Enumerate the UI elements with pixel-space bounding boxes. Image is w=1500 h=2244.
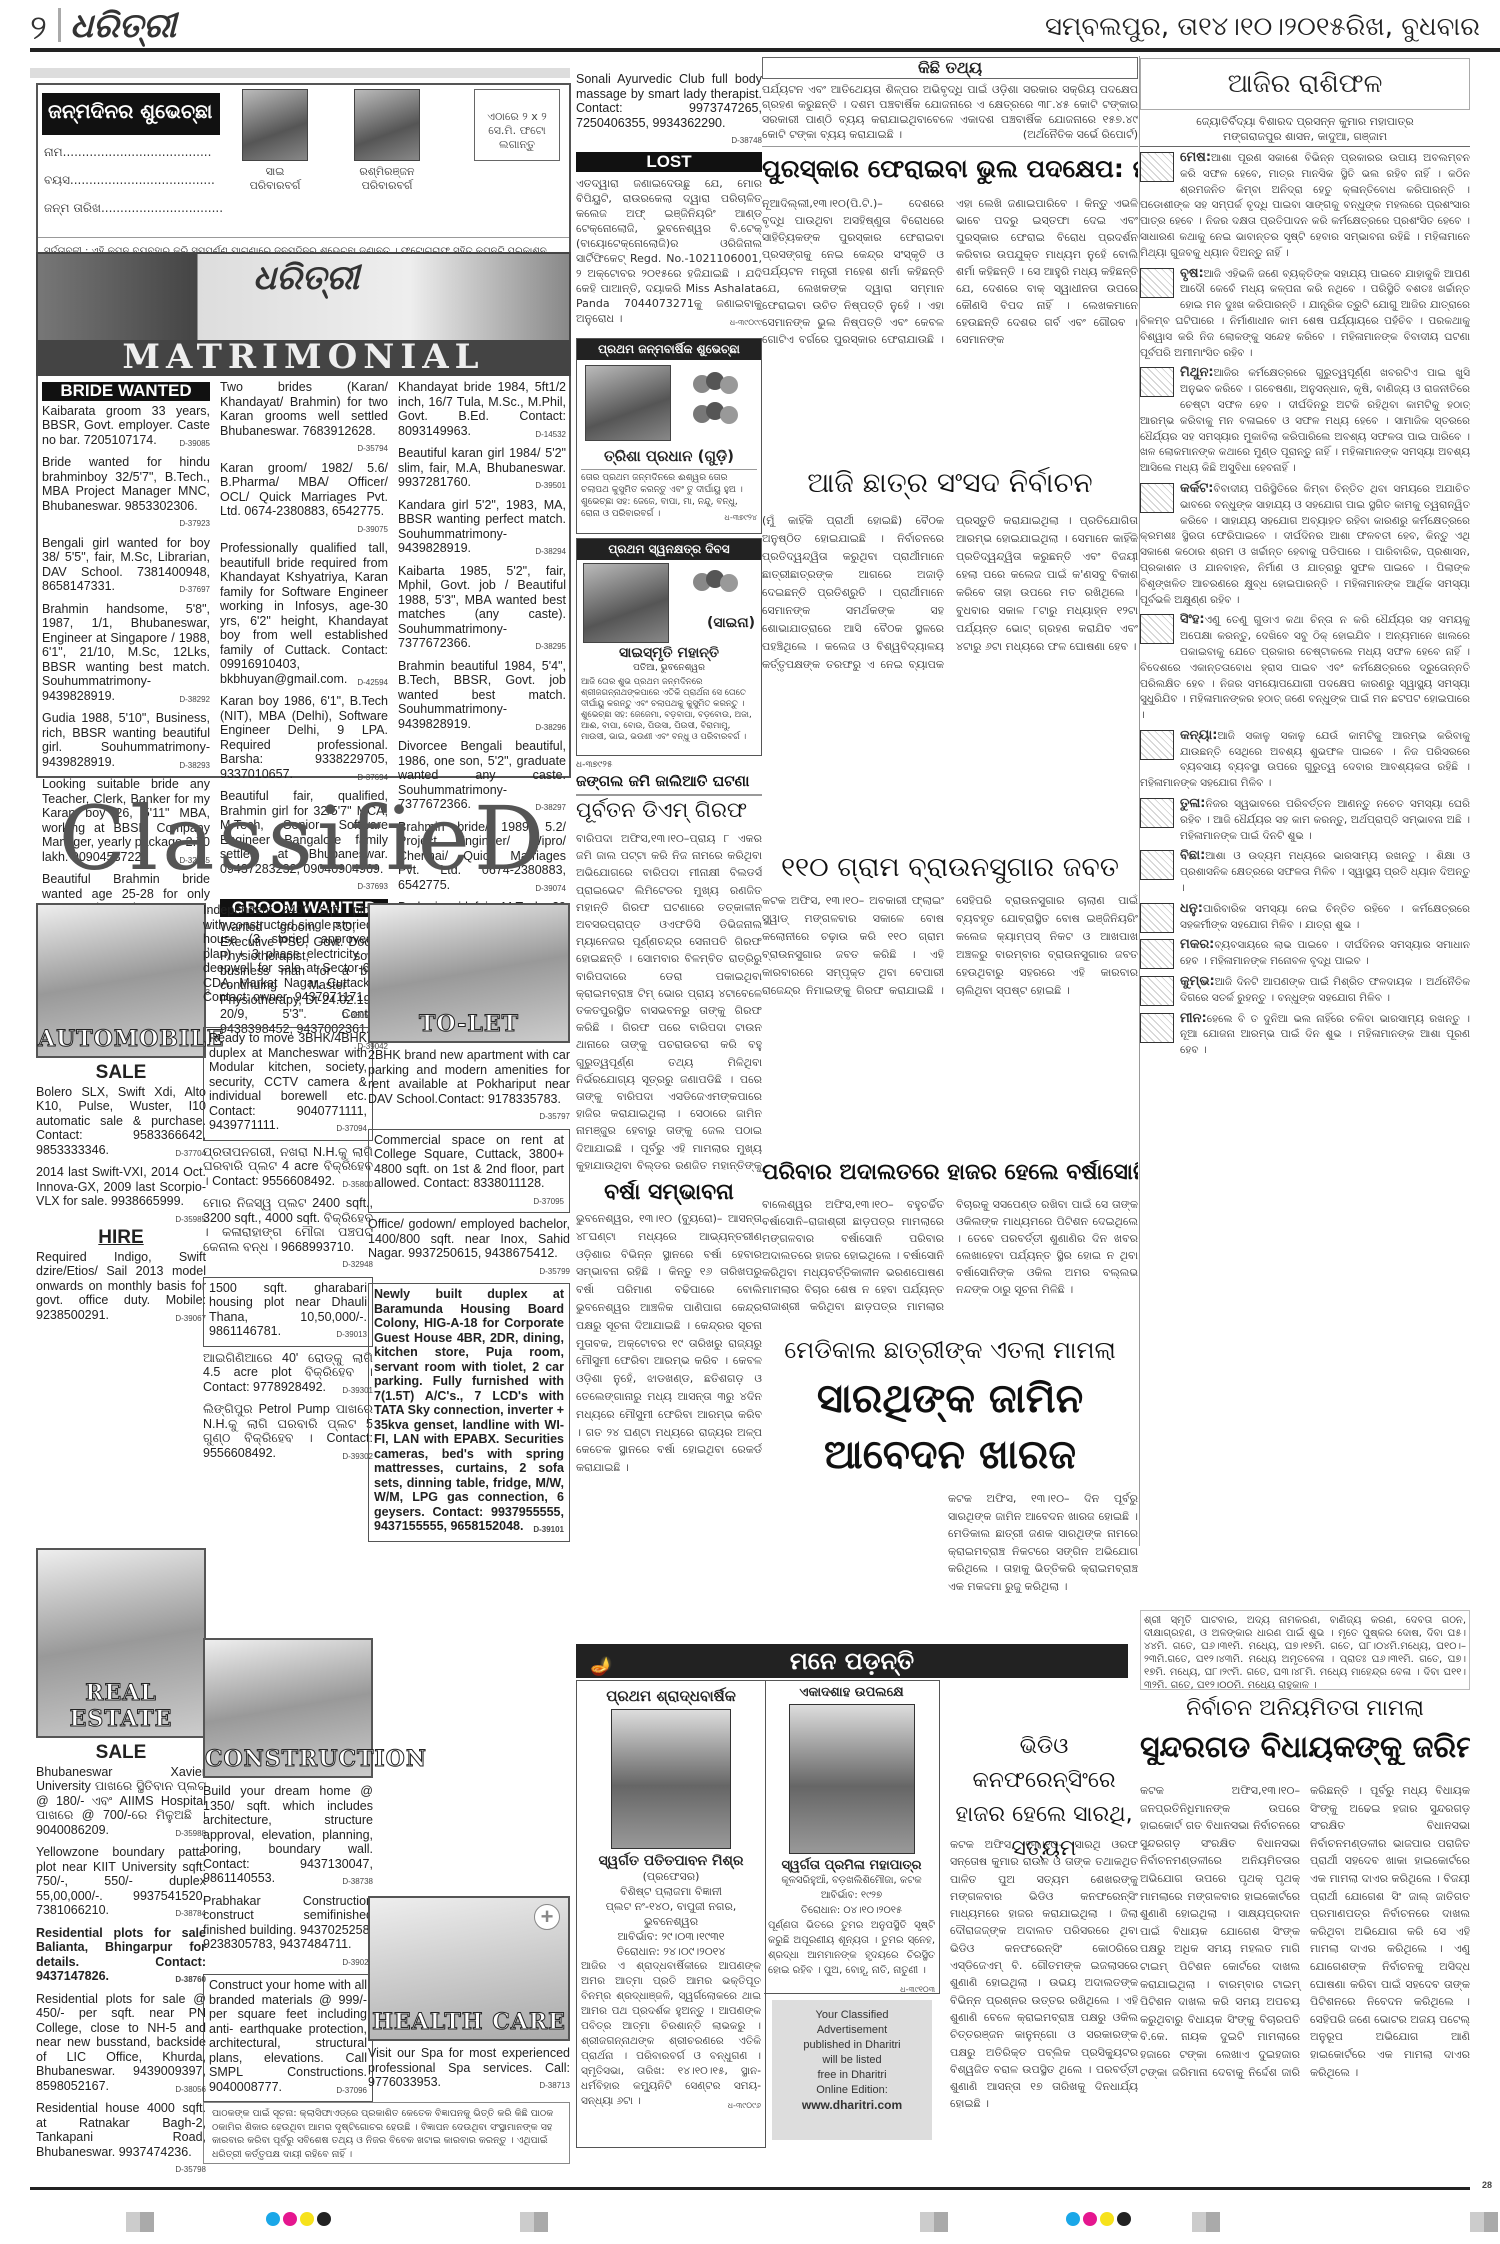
horoscope-entry: ସିଂହ:ଏଣୁ ତେଣୁ ଗୁଡାଏ କଥା ଚିନ୍ତା ନ କରି ଧୈର… xyxy=(1140,612,1470,724)
health-care-image: + HEALTH CARE xyxy=(368,1896,570,2041)
horoscope-entry: କର୍କଟ:ବିବାଦୀୟ ପରିସ୍ଥିତିରେ କିମ୍ବା ଚିନ୍ତିତ… xyxy=(1140,481,1470,608)
story4-headline: ପରିବାର ଅଦାଲତରେ ହାଜର ହେଲେ ବର୍ଷାସୋନି xyxy=(762,1160,1138,1185)
ad-code: D-37095 xyxy=(533,1195,564,1210)
libra-icon xyxy=(1140,798,1174,828)
ad-code: ଧ-୩୭୯୨୫ xyxy=(576,758,613,773)
sign-name: ତୁଳା: xyxy=(1180,796,1206,811)
janmotsav-heading: ପ୍ରଥମ ସ୍ୱନକ୍ଷତ୍ର ଦିବସ xyxy=(577,539,761,560)
sign-name: ବୃଷ: xyxy=(1180,266,1204,281)
ad-code: D-38293 xyxy=(179,759,210,774)
janmotsav-ad: ପ୍ରଥମ ସ୍ୱନକ୍ଷତ୍ର ଦିବସ (ସାଇନା) ସାଇସ୍ମୃତି … xyxy=(576,538,762,756)
automobile-ads: SALE Bolero SLX, Swift Xdi, Alto K10, Pu… xyxy=(36,1062,206,1330)
ad-text: Ready to move 3BHK/4BHK duplex at Manche… xyxy=(209,1031,367,1132)
classified-ad: Newly built duplex at Baramunda Housing … xyxy=(368,1283,570,1542)
dm-story-kicker: ଜଙ୍ଗଲ ଜମି ଜାଲିଆତି ଘଟଣା xyxy=(576,772,762,796)
promo-line: Online Edition: xyxy=(772,2083,932,2098)
astrologer-address: ମଙ୍ଗରାଜପୁର ଶାସନ, କାଦୁଆ, ଗଞ୍ଜାମ xyxy=(1140,129,1470,144)
ad-text: Karan boy 1986, 6'1", B.Tech (NIT), MBA … xyxy=(220,694,388,781)
horoscope-entry: ମେଷ:ଆଶା ପୂରଣ ସକାଶେ ବିଭିନ୍ନ ପ୍ରକାରର ଉପାୟ … xyxy=(1140,150,1470,262)
construction-image: CONSTRUCTION xyxy=(203,1638,373,1778)
page-number: ୨ xyxy=(30,8,47,48)
child-name: ସାଇସ୍ମୃତି ମହାନ୍ତି xyxy=(577,645,761,661)
sign-prediction: ଆଶା ଓ ଉଦ୍ୟମ ମଧ୍ୟରେ ଭାରସାମ୍ୟ ରଖନ୍ତୁ । ଶିକ… xyxy=(1180,850,1470,894)
health-care-label: HEALTH CARE xyxy=(370,2009,568,2035)
dob-field[interactable]: ଜନ୍ମ ତାରିଖ..............................… xyxy=(44,201,223,216)
sign-prediction: ଆଜି ଏହିଭଳି ଜଣେ ବ୍ୟକ୍ତିଙ୍କ ସହାଯ୍ୟ ପାଇବେ ଯ… xyxy=(1140,268,1470,359)
ad-text: Independent 2400 sqft. plot with constru… xyxy=(203,903,373,1004)
header-rule xyxy=(30,48,1500,52)
spa-ad: Sonali Ayurvedic Club full body massage … xyxy=(576,72,762,149)
sagittarius-icon xyxy=(1140,903,1174,933)
tribute-text: ଆଜିର ଏ ଶ୍ରାଦ୍ଧବାର୍ଷିକୀରେ ଆପଣଙ୍କ ଅମର ଆତ୍ମ… xyxy=(581,1960,761,2107)
matrimonial-title: MATRIMONIAL xyxy=(38,340,569,374)
obit-detail-line: ଆବିର୍ଭାବ: ୨୯।୦୩।୧୯୩୧ xyxy=(577,1929,765,1944)
ad-code: D-38292 xyxy=(179,693,210,708)
registration-dot xyxy=(266,2212,280,2226)
classified-title: ClassifieD xyxy=(36,785,571,893)
ad-code: D-39501 xyxy=(535,479,566,494)
classified-ad: Brahmin handsome, 5'8", 1987, 1/1, Bhuba… xyxy=(42,602,210,708)
real-estate-label: REAL ESTATE xyxy=(38,1680,204,1732)
ad-code: ଧ-୩୯୧୦୩ xyxy=(900,1982,935,1997)
divider xyxy=(1140,146,1470,147)
construction-ads: Build your dream home @ 1350/ sqft. whic… xyxy=(203,1784,373,2106)
registration-mark xyxy=(520,2212,548,2232)
lost-heading: LOST xyxy=(576,152,762,172)
obit-name: ସ୍ୱର୍ଗତା ପ୍ରମିଳା ମହାପାତ୍ର xyxy=(764,1858,939,1873)
gemini-icon xyxy=(1140,367,1174,397)
sign-name: ବିଛା: xyxy=(1180,848,1205,863)
obit-text: ଆଜିର ଏ ଶ୍ରାଦ୍ଧବାର୍ଷିକୀରେ ଆପଣଙ୍କ ଅମର ଆତ୍ମ… xyxy=(577,1959,765,2109)
plus-icon: + xyxy=(534,1904,560,1930)
sign-name: ମିଥୁନ: xyxy=(1180,365,1214,380)
ad-code: D-35985 xyxy=(175,1213,206,1228)
story5-headline-1: ସାରଥିଙ୍କ ଜାମିନ xyxy=(762,1376,1138,1422)
to-let-image: TO-LET xyxy=(368,903,570,1043)
obit-detail-line: ତିରୋଧାନ: ୦୪।୧୦।୨୦୧୫ xyxy=(764,1903,939,1918)
first-birthday-ad: ପ୍ରଥମ ଜନ୍ମବାର୍ଷିକ ଶୁଭେଚ୍ଛା ତ୍ରିଶା ପ୍ରଧାନ… xyxy=(576,338,762,534)
spa-ad-text: Sonali Ayurvedic Club full body massage … xyxy=(576,72,762,130)
ad-text: 2BHK brand new apartment with car parkin… xyxy=(368,1048,570,1106)
obit-name: ସ୍ୱର୍ଗତ ପତିତପାବନ ମିଶ୍ର xyxy=(577,1853,765,1869)
classified-ad: Residential plots for sale @ 450/- per s… xyxy=(36,1992,206,2098)
child-nickname: (ସାଇନା) xyxy=(707,615,755,631)
panjika-box: ଶ୍ରୀ ସ୍ମୃତି ଘାଟବାର, ଅଦ୍ୟ ନାମକରଣ, ବାଣିଜ୍ୟ… xyxy=(1140,1610,1470,1690)
classified-ad: Bhubaneswar Xavier University ପାଖରେ ସ୍ଥି… xyxy=(36,1765,206,1842)
story7-headline: ସୁନ୍ଦରଗଡ ବିଧାୟକଙ୍କୁ ଜରିମାନା xyxy=(1140,1730,1470,1765)
sign-prediction: ନିଜର ସ୍ୱଭାବରେ ପରିବର୍ତ୍ତନ ଆଣନ୍ତୁ ନଚେତ ସମସ… xyxy=(1180,798,1470,842)
ad-code: D-39085 xyxy=(179,437,210,452)
auto-hire-heading: HIRE xyxy=(36,1231,206,1246)
to-let-label: TO-LET xyxy=(370,1011,568,1037)
sign-prediction: ଏଣୁ ତେଣୁ ଗୁଡାଏ କଥା ଚିନ୍ତା ନ କରି ଧୈର୍ଯ୍ୟର… xyxy=(1140,614,1470,721)
ad-text: Karan groom/ 1982/ 5.6/ B.Pharma/ MBA/ O… xyxy=(220,461,388,519)
promo-line: will be listed xyxy=(772,2053,932,2068)
classified-ad: Gudia 1988, 5'10", Business, rich, BBSR … xyxy=(42,711,210,773)
story1-headline: ପୁରସ୍କାର ଫେରାଇବା ଭୁଲ ପଦକ୍ଷେପ: ମହେଶ ଶର୍ମା xyxy=(762,154,1138,184)
ad-code: D-39075 xyxy=(357,523,388,538)
registration-dot xyxy=(1100,2212,1114,2226)
ad-code: ଧ-୩୯୦୯୬ xyxy=(728,2098,761,2113)
astrologer-name: ଜ୍ୟୋତିର୍ବିଦ୍ୟା ବିଶାରଦ ପ୍ରସନ୍ନ କୁମାର ମହାପ… xyxy=(1140,114,1470,129)
sign-prediction: ଆଶା ପୂରଣ ସକାଶେ ବିଭିନ୍ନ ପ୍ରକାରର ଉପାୟ ଅବଲମ… xyxy=(1140,152,1470,259)
story2-body: (ମୁଁ କାହିଁକି ପ୍ରାର୍ଥୀ ହୋଇଛି) ବୈଠକ ଅନୁଷ୍ଠ… xyxy=(762,512,1138,842)
sign-name: ମେଷ: xyxy=(1180,150,1211,165)
ad-code: D-37704 xyxy=(175,1147,206,1162)
ad-text: Build your dream home @ 1350/ sqft. whic… xyxy=(203,1784,373,1885)
sign-prediction: ବିବାଦୀୟ ପରିସ୍ଥିତିରେ କିମ୍ବା ଚିନ୍ତିତ ଥିବା … xyxy=(1140,483,1470,606)
adult-photo xyxy=(354,89,420,161)
banner-logo: ଧରିତ୍ରୀ xyxy=(253,258,359,298)
coupon-title: ଜନ୍ମଦିନର ଶୁଭେଚ୍ଛା xyxy=(42,93,220,135)
obit-details: (ପ୍ରଫେସର)ବିଶିଷ୍ଟ ପ୍ଲାଜମା ବିଜ୍ଞାନୀପ୍ଲଟ ନଂ… xyxy=(577,1869,765,1959)
story5-headline-2: ଆବେଦନ ଖାରଜ xyxy=(762,1432,1138,1478)
aquarius-icon xyxy=(1140,976,1174,1006)
automobile-image: AUTOMOBILE xyxy=(36,903,206,1058)
promo-line: free in Dharitri xyxy=(772,2068,932,2083)
horoscope-entry: ବିଛା:ଆଶା ଓ ଉଦ୍ୟମ ମଧ୍ୟରେ ଭାରସାମ୍ୟ ରଖନ୍ତୁ … xyxy=(1140,848,1470,896)
ad-text: Residential house 4000 sqft. at Ratnakar… xyxy=(36,2101,206,2159)
child-name: ତ୍ରିଶା ପ୍ରଧାନ (ଗୁଡ଼ି) xyxy=(577,447,761,465)
classified-ad: 2014 last Swift-VXI, 2014 Oct. Innova-GX… xyxy=(36,1165,206,1227)
balloons-icon xyxy=(687,369,747,439)
ad-code: D-35797 xyxy=(539,1110,570,1125)
lamp-icon: 🪔 xyxy=(590,1650,612,1684)
grey-strip xyxy=(30,68,570,78)
horoscope-entry: ମିଥୁନ:ଆଜିର କର୍ମକ୍ଷେତ୍ରରେ ଗୁରୁତ୍ୱପୂର୍ଣ୍ଣ … xyxy=(1140,365,1470,477)
obit-detail-line: ଆବିର୍ଭାବ: ୧୯୨୭ xyxy=(764,1888,939,1903)
astrologer-info: ଜ୍ୟୋତିର୍ବିଦ୍ୟା ବିଶାରଦ ପ୍ରସନ୍ନ କୁମାର ମହାପ… xyxy=(1140,114,1470,144)
ad-code: D-37094 xyxy=(336,1122,367,1137)
registration-dot xyxy=(300,2212,314,2226)
ad-text: Kaibarta 1985, 5'2", fair, Mphil, Govt. … xyxy=(398,564,566,651)
classified-ad: ଲିଙ୍ଗିପୁର Petrol Pump ପାଖରେ N.H.କୁ ଲାଗି … xyxy=(203,1402,373,1464)
classified-ad: Karan groom/ 1982/ 5.6/ B.Pharma/ MBA/ O… xyxy=(220,461,388,538)
sign-name: ମକର: xyxy=(1180,937,1214,952)
obit-title: ପ୍ରଥମ ଶ୍ରାଦ୍ଧବାର୍ଷିକ xyxy=(577,1687,765,1705)
sign-prediction: ବ୍ୟବସାୟରେ ଲାଭ ପାଇବେ । ଦୀର୍ଘଦିନର ସମସ୍ୟାର … xyxy=(1180,939,1470,967)
sign-prediction: ଆଜିର କର୍ମକ୍ଷେତ୍ରରେ ଗୁରୁତ୍ୱପୂର୍ଣ୍ଣ ଖବରଟିଏ… xyxy=(1140,367,1470,474)
classified-ad: Independent 2400 sqft. plot with constru… xyxy=(203,903,373,1023)
ad-code: D-37096 xyxy=(336,2084,367,2099)
classified-ad: Visit our Spa for most experienced profe… xyxy=(368,2046,570,2094)
story6-body: କଟକ ଅଫିସ, ୧୩।୧୦– ସାରଥି ଓରଫ ସନ୍ତୋଷ କୁମାର … xyxy=(950,1836,1138,2176)
registration-mark xyxy=(920,2212,948,2232)
dm-story-headline: ପୂର୍ବତନ ଡିଏମ୍ ଗିରଫ xyxy=(576,798,762,823)
ad-text: Residential plots for sale @ 450/- per s… xyxy=(36,1992,206,2093)
sign-name: ମୀନ: xyxy=(1180,1011,1207,1026)
classified-ad: ମୋର ନିଜସ୍ୱ ପ୍ଲଟ 2400 sqft., 3200 sqft., … xyxy=(203,1196,373,1273)
classified-ad: 2BHK brand new apartment with car parkin… xyxy=(368,1048,570,1125)
color-registration-marks xyxy=(266,2212,331,2226)
leo-icon xyxy=(1140,614,1174,644)
obit-detail-line: କୂଳସରିହୁଆଁ, ବଡ଼ଖଲିଶିମୌଜା, କଟକ xyxy=(764,1873,939,1888)
classified-ad: Bengali girl wanted for boy 38/ 5'5", fa… xyxy=(42,536,210,598)
classified-ad: Yellowzone boundary patta plot near KIIT… xyxy=(36,1845,206,1922)
classified-ad: Kaibarta 1985, 5'2", fair, Mphil, Govt. … xyxy=(398,564,566,655)
child-photo xyxy=(583,563,669,643)
rain-story-headline: ବର୍ଷା ସମ୍ଭାବନା xyxy=(576,1180,762,1205)
obit-text: ପୂର୍ଣ୍ଣତା ଭିତରେ ତୁମର ଅନୁପସ୍ଥିତି ସୃଷ୍ଟି କ… xyxy=(764,1918,939,1978)
classified-ad: Ready to move 3BHK/4BHK duplex at Manche… xyxy=(203,1027,373,1141)
child-place: ପତିଆ, ଭୁବନେଶ୍ୱର xyxy=(577,663,761,673)
story3-headline: ୧୧୦ ଗ୍ରାମ ବ୍ରାଉନସୁଗାର ଜବତ xyxy=(762,852,1138,884)
lost-text: ଏତଦ୍ୱାରା ଜଣାଇଦେଉଛୁ ଯେ, ମୋର ବିପିୟୁଟି, ରାଉ… xyxy=(576,177,762,325)
to-let-ads: 2BHK brand new apartment with car parkin… xyxy=(368,1048,570,1546)
obit-detail-line: ତିରୋଧାନ: ୨୪।୦୯।୨୦୧୪ xyxy=(577,1944,765,1959)
ad-code: D-38713 xyxy=(539,2079,570,2094)
registration-mark xyxy=(1470,2212,1498,2232)
classified-ad: Khandayat bride 1984, 5ft1/2 inch, 16/7 … xyxy=(398,380,566,442)
registration-dot xyxy=(317,2212,331,2226)
registration-mark xyxy=(126,2212,154,2232)
pisces-icon xyxy=(1140,1013,1174,1043)
dateline: ସମ୍ବଲପୁର, ତା୧୪।୧୦।୨୦୧୫ରିଖ, ବୁଧବାର xyxy=(1045,12,1480,43)
first-birthday-text: ତୋର ପ୍ରଥମ ଜନ୍ମଦିନରେ ଈଶ୍ୱର ତୋର ଚଲାପଥ କୁସୁ… xyxy=(581,469,757,524)
ad-code: D-37697 xyxy=(179,583,210,598)
header-divider xyxy=(58,8,61,42)
ad-code: ଧ-୩୭୯୨୪ xyxy=(724,512,757,524)
sign-prediction: ପାରିବାରିକ ସମସ୍ୟା ନେଇ ଚିନ୍ତିତ ରହିବେ । କର୍… xyxy=(1180,903,1470,931)
obit-detail-line: ବିଶିଷ୍ଟ ପ୍ଲାଜମା ବିଜ୍ଞାନୀ xyxy=(577,1884,765,1899)
ad-text: Construct your home with all branded mat… xyxy=(209,1978,367,2094)
ad-text: Bride wanted for hindu brahminboy 32/5'7… xyxy=(42,455,210,513)
tribute-text: ପୂର୍ଣ୍ଣତା ଭିତରେ ତୁମର ଅନୁପସ୍ଥିତି ସୃଷ୍ଟି କ… xyxy=(768,1920,935,1976)
promo-line: published in Dharitri xyxy=(772,2038,932,2053)
ad-code: D-37694 xyxy=(357,771,388,786)
classified-ad: 1500 sqft. gharabari housing plot near D… xyxy=(203,1277,373,1347)
wish-text: ତୋର ପ୍ରଥମ ଜନ୍ମଦିନରେ ଈଶ୍ୱର ତୋର ଚଲାପଥ କୁସୁ… xyxy=(581,473,743,519)
classified-banner: ClassifieD xyxy=(36,785,571,893)
matrimonial-banner: ଧରିତ୍ରୀ MATRIMONIAL xyxy=(36,252,571,376)
ad-code: D-38784 xyxy=(175,1907,206,1922)
classified-ad: ଆଇଗିଣିଆରେ 40' ରୋଡ୍‌କୁ ଲାଗି 4.5 acre plot… xyxy=(203,1351,373,1399)
horoscope-entry: ମୀନ:ହେଲେ ବି ତ ଦୁନିଆ ଭଲ ନାହିଁରେ ଚଳିବା ଭାର… xyxy=(1140,1011,1470,1059)
promo-line: Advertisement xyxy=(772,2023,932,2038)
classified-ad: Commercial space on rent at College Squa… xyxy=(368,1129,570,1214)
photo-caption-2: ରଶ୍ମିରଞ୍ଜନ ପରିବାରବର୍ଗ xyxy=(344,165,430,193)
horoscope-entry: ବୃଷ:ଆଜି ଏହିଭଳି ଜଣେ ବ୍ୟକ୍ତିଙ୍କ ସହାଯ୍ୟ ପାଇ… xyxy=(1140,266,1470,362)
scorpio-icon xyxy=(1140,850,1174,880)
virgo-icon xyxy=(1140,730,1174,760)
ad-code: D-35799 xyxy=(539,1265,570,1280)
balloons-icon xyxy=(687,567,747,612)
sign-prediction: ଆଜି ଦିନଟି ଆପଣଙ୍କ ପାଇଁ ମିଶ୍ରିତ ଫଳଦାୟକ । ଅ… xyxy=(1180,976,1470,1004)
sign-prediction: ହେଲେ ବି ତ ଦୁନିଆ ଭଲ ନାହିଁରେ ଚଳିବା ଭାରସାମ୍… xyxy=(1180,1013,1470,1057)
classified-ad: Build your dream home @ 1350/ sqft. whic… xyxy=(203,1784,373,1890)
sign-name: ଧନୁ: xyxy=(1180,901,1203,916)
ad-text: Two brides (Karan/ Khandayat/ Brahmin) f… xyxy=(220,380,388,438)
reader-notice: ପାଠକଙ୍କ ପାଇଁ ସୂଚନା: କ୍ଲାସିଫାଏଡ୍‌ରେ ପ୍ରକା… xyxy=(203,2102,570,2164)
kichhi-tathya-source: (ଅର୍ଥନୈତିକ ସର୍ଭେ ରିପୋର୍ଟ) xyxy=(762,127,1138,142)
construction-label: CONSTRUCTION xyxy=(205,1746,371,1772)
property-ads: Independent 2400 sqft. plot with constru… xyxy=(203,903,373,1468)
registration-dot xyxy=(1083,2212,1097,2226)
horoscope-entry: କନ୍ୟା:ଆଜି ସକାଳୁ ସକାଳୁ ଯେଉଁ କାମଟିକୁ ଆରମ୍ଭ… xyxy=(1140,728,1470,792)
ad-text: Prabhakar Construction construct semifin… xyxy=(203,1894,373,1952)
child-photo xyxy=(585,365,671,441)
story5-kicker: ମେଡିକାଲ ଛାତ୍ରୀଙ୍କ ଏତଲା ମାମଲା xyxy=(762,1336,1138,1364)
classified-ad: Office/ godown/ employed bachelor, 1400/… xyxy=(368,1217,570,1279)
ad-code: ଧ-୩୯୦୯୯ xyxy=(730,315,762,330)
sign-name: କନ୍ୟା: xyxy=(1180,728,1217,743)
capricorn-icon xyxy=(1140,939,1174,969)
classified-ad: Two brides (Karan/ Khandayat/ Brahmin) f… xyxy=(220,380,388,457)
sign-name: କର୍କଟ: xyxy=(1180,481,1213,496)
age-field[interactable]: ବୟସ.....................................… xyxy=(44,173,215,188)
sign-name: ସିଂହ: xyxy=(1180,612,1205,627)
taurus-icon xyxy=(1140,268,1174,298)
obituary-2: ଏକାଦଶାହ ଉପଲକ୍ଷେ ସ୍ୱର୍ଗତା ପ୍ରମିଳା ମହାପାତ୍… xyxy=(764,1680,940,1994)
auto-sale-heading: SALE xyxy=(36,1066,206,1081)
cancer-icon xyxy=(1140,483,1174,513)
ad-text: Office/ godown/ employed bachelor, 1400/… xyxy=(368,1217,570,1260)
horoscope-entry: କୁମ୍ଭ:ଆଜି ଦିନଟି ଆପଣଙ୍କ ପାଇଁ ମିଶ୍ରିତ ଫଳଦା… xyxy=(1140,974,1470,1007)
ad-code: D-35794 xyxy=(357,442,388,457)
automobile-label: AUTOMOBILE xyxy=(38,1026,204,1052)
story5-body: କଟକ ଅଫିସ, ୧୩।୧୦– ଦିନ ପୂର୍ବରୁ ସାରଥିଙ୍କ ଜା… xyxy=(948,1490,1138,1650)
ad-code: D-38760 xyxy=(175,1973,206,1988)
ad-code: D-39067 xyxy=(175,1312,206,1327)
horoscope-entry: ମକର:ବ୍ୟବସାୟରେ ଲାଭ ପାଇବେ । ଦୀର୍ଘଦିନର ସମସ୍… xyxy=(1140,937,1470,970)
divider xyxy=(762,146,1138,147)
classified-ad: Construct your home with all branded mat… xyxy=(203,1974,373,2102)
online-edition-promo: Your ClassifiedAdvertisementpublished in… xyxy=(772,2000,932,2140)
horoscope-list: ମେଷ:ଆଶା ପୂରଣ ସକାଶେ ବିଭିନ୍ନ ପ୍ରକାରର ଉପାୟ … xyxy=(1140,150,1470,1600)
classified-ad: Bolero SLX, Swift Xdi, Alto K10, Pulse, … xyxy=(36,1085,206,1162)
name-field[interactable]: ନାମ.....................................… xyxy=(44,145,211,160)
obituary-1: ପ୍ରଥମ ଶ୍ରାଦ୍ଧବାର୍ଷିକ ସ୍ୱର୍ଗତ ପତିତପାବନ ମି… xyxy=(576,1680,766,2148)
obit-detail-line: ପ୍ଲଟ ନଂ-୧୪୦, ବାପୁଜୀ ନଗର, ଭୁବନେଶ୍ୱର xyxy=(577,1899,765,1929)
ad-code: D-14532 xyxy=(535,428,566,443)
bride-wanted-heading: BRIDE WANTED xyxy=(42,382,210,401)
ad-code: D-39013 xyxy=(336,1328,367,1343)
janmotsav-text: ଆଜି ତୋର ଶୁଭ ପ୍ରଥମ ଜନ୍ମଦିନରେ ଶ୍ରୀଜଗନ୍ନାଥଙ… xyxy=(581,677,757,743)
obit-details: କୂଳସରିହୁଆଁ, ବଡ଼ଖଲିଶିମୌଜା, କଟକଆବିର୍ଭାବ: ୧… xyxy=(764,1873,939,1918)
ad-text: ମୋର ନିଜସ୍ୱ ପ୍ଲଟ 2400 sqft., 3200 sqft., … xyxy=(203,1196,373,1254)
story1-body: ନୂଆଦିଲ୍ଲୀ,୧୩।୧୦(ପି.ଟି.)– ଦେଶରେ ବୃଦ୍ଧି ପା… xyxy=(762,195,1138,407)
child-photo xyxy=(242,89,308,161)
sign-name: କୁମ୍ଭ: xyxy=(1180,974,1215,989)
ad-text: Brahmin handsome, 5'8", 1987, 1/1, Bhuba… xyxy=(42,602,210,703)
classified-ad: Residential house 4000 sqft. at Ratnakar… xyxy=(36,2101,206,2178)
matrimonial-ads: BRIDE WANTED Kaibarata groom 33 years, B… xyxy=(36,376,571,778)
ad-code: D-38056 xyxy=(175,2083,206,2098)
ad-code: D-38738 xyxy=(342,1875,373,1890)
story3-body: କଟକ ଅଫିସ, ୧୩।୧୦– ଅବକାରୀ ଫ୍ଲାଇଂ ସ୍କ୍ୱାଡ୍ … xyxy=(762,892,1138,1148)
classified-ad: Kandara girl 5'2", 1983, MA, BBSR wantin… xyxy=(398,498,566,560)
registration-dot xyxy=(1117,2212,1131,2226)
obit-photo xyxy=(789,1704,915,1854)
classified-ad: Residential plots for sale Balianta, Bhi… xyxy=(36,1926,206,1988)
registration-dot xyxy=(283,2212,297,2226)
page-index: 28 xyxy=(1482,2180,1492,2190)
classified-ad: Required Indigo, Swift dzire/Etios/ Sail… xyxy=(36,1250,206,1327)
story7-kicker: ନିର୍ବାଚନ ଅନିୟମିତତା ମାମଲା xyxy=(1140,1696,1470,1721)
ad-code: D-38296 xyxy=(535,721,566,736)
classified-ad: Beautiful karan girl 1984/ 5'2" slim, fa… xyxy=(398,446,566,494)
photo-caption-1: ସାଇ ପରିବାରବର୍ଗ xyxy=(234,165,316,193)
horoscope-entry: ଧନୁ:ପାରିବାରିକ ସମସ୍ୟା ନେଇ ଚିନ୍ତିତ ରହିବେ ।… xyxy=(1140,901,1470,934)
real-estate-ads: SALE Bhubaneswar Xavier University ପାଖରେ… xyxy=(36,1742,206,2182)
classified-ad: ପ୍ରତାପନଗରୀ, ନଖରା N.H.କୁ ଲାଗି ଘରବାରି ପ୍ଲଟ… xyxy=(203,1145,373,1193)
classified-ad: Kaibarata groom 33 years, BBSR, Govt. em… xyxy=(42,404,210,452)
ad-text: Professionally qualified tall, beautiful… xyxy=(220,541,388,686)
re-sale-heading: SALE xyxy=(36,1746,206,1761)
ad-code: D-35988 xyxy=(175,1827,206,1842)
ad-text: Newly built duplex at Baramunda Housing … xyxy=(374,1287,564,1533)
ad-code: D-38295 xyxy=(535,640,566,655)
obit-photo xyxy=(611,1709,731,1849)
mane-padanti-heading: ମନେ ପଡ଼ନ୍ତି xyxy=(790,1647,914,1675)
classified-ad: Prabhakar Construction construct semifin… xyxy=(203,1894,373,1971)
story7-body: କଟକ ଅଫିସ,୧୩।୧୦– ଜନପ୍ରତିନିଧିମାନଙ୍କ ଉପରେ ହ… xyxy=(1140,1782,1470,2180)
classified-ad: Professionally qualified tall, beautiful… xyxy=(220,541,388,690)
ad-code: D-42594 xyxy=(357,676,388,691)
rain-story-body: ଭୁବନେଶ୍ୱର, ୧୩।୧୦ (ବ୍ୟୁରୋ)– ଆସନ୍ତା ୪୮ଘଣ୍ଟ… xyxy=(576,1210,762,1630)
first-birthday-heading: ପ୍ରଥମ ଜନ୍ମବାର୍ଷିକ ଶୁଭେଚ୍ଛା xyxy=(577,339,761,360)
photo-placeholder: ଏଠାରେ ୨ x ୨ ସେ.ମି. ଫଟୋ ଲଗାନ୍ତୁ xyxy=(474,89,560,161)
newspaper-logo: ଧରିତ୍ରୀ xyxy=(70,6,176,46)
story4-body: ବାଲେଶ୍ୱର ଅଫିସ,୧୩।୧୦– ବହୁଚର୍ଚ୍ଚିତ ବର୍ଷାସୋ… xyxy=(762,1196,1138,1332)
ad-code: D-38748 xyxy=(731,134,762,149)
story2-headline: ଆଜି ଛାତ୍ର ସଂସଦ ନିର୍ବାଚନ xyxy=(762,466,1138,500)
ad-text: Commercial space on rent at College Squa… xyxy=(374,1133,564,1191)
registration-dot xyxy=(1066,2212,1080,2226)
registration-mark xyxy=(1192,2212,1220,2232)
dharitri-url[interactable]: www.dharitri.com xyxy=(772,2098,932,2113)
classified-ad: Brahmin beautiful 1984, 5'4", B.Tech, BB… xyxy=(398,659,566,736)
ad-text: 2014 last Swift-VXI, 2014 Oct. Innova-GX… xyxy=(36,1165,206,1208)
ad-code: D-37923 xyxy=(179,517,210,532)
health-care-ads: Visit our Spa for most experienced profe… xyxy=(368,2046,570,2098)
real-estate-image: REAL ESTATE xyxy=(36,1548,206,1738)
color-registration-marks xyxy=(1066,2212,1131,2226)
obit-title: ଏକାଦଶାହ ଉପଲକ୍ଷେ xyxy=(764,1685,939,1700)
kichhi-tathya-heading: କିଛି ତଥ୍ୟ xyxy=(762,57,1138,79)
ad-code: D-35798 xyxy=(175,2163,206,2178)
promo-line: Your Classified xyxy=(772,2008,932,2023)
classified-ad: Bride wanted for hindu brahminboy 32/5'7… xyxy=(42,455,210,532)
horoscope-heading: ଆଜିର ରାଶିଫଳ xyxy=(1140,58,1470,110)
ad-code: D-39101 xyxy=(533,1523,564,1538)
obit-detail-line: (ପ୍ରଫେସର) xyxy=(577,1869,765,1884)
ad-code: D-38294 xyxy=(535,545,566,560)
dm-story-body: ବାରିପଦା ଅଫିସ,୧୩।୧୦–ପ୍ରାୟ ୮ ଏକର ଜମି ଜାଲ ପ… xyxy=(576,830,762,1176)
aries-icon xyxy=(1140,152,1174,182)
lost-notice: ଏତଦ୍ୱାରା ଜଣାଇଦେଉଛୁ ଯେ, ମୋର ବିପିୟୁଟି, ରାଉ… xyxy=(576,176,762,330)
classified-ad: Karan boy 1986, 6'1", B.Tech (NIT), MBA … xyxy=(220,694,388,785)
footer-rule xyxy=(30,2187,1470,2190)
horoscope-entry: ତୁଳା:ନିଜର ସ୍ୱଭାବରେ ପରିବର୍ତ୍ତନ ଆଣନ୍ତୁ ନଚେ… xyxy=(1140,796,1470,844)
